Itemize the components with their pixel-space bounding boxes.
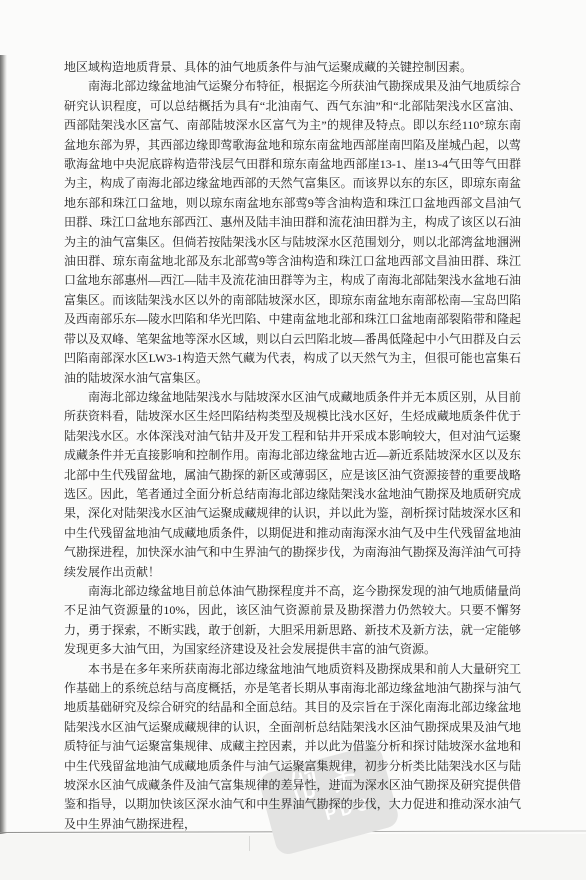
- body-paragraph: 本书是在多年来所获南海北部边缘盆地油气地质资料及勘探成果和前人大量研究工作基础上…: [64, 660, 521, 835]
- body-paragraph: 南海北部边缘盆地目前总体油气勘探程度并不高，迄今勘探发现的油气地质储量尚不足油气…: [64, 582, 521, 660]
- scan-artifact-tick: [249, 836, 250, 851]
- body-paragraph: 地区域构造地质背景、具体的油气地质条件与油气运聚成藏的关键控制因素。: [64, 58, 521, 77]
- page-text-block: 地区域构造地质背景、具体的油气地质条件与油气运聚成藏的关键控制因素。 南海北部边…: [64, 58, 521, 834]
- body-paragraph: 南海北部边缘盆地油气运聚分布特征，根据迄今所获油气勘探成果及油气地质综合研究认识…: [64, 77, 521, 388]
- body-paragraph: 南海北部边缘盆地陆架浅水与陆坡深水区油气成藏地质条件并无本质区别，从目前所获资料…: [64, 388, 521, 582]
- page-gutter-shadow: [0, 55, 7, 840]
- scanned-book-page: PDG 地区域构造地质背景、具体的油气地质条件与油气运聚成藏的关键控制因素。 南…: [0, 0, 586, 880]
